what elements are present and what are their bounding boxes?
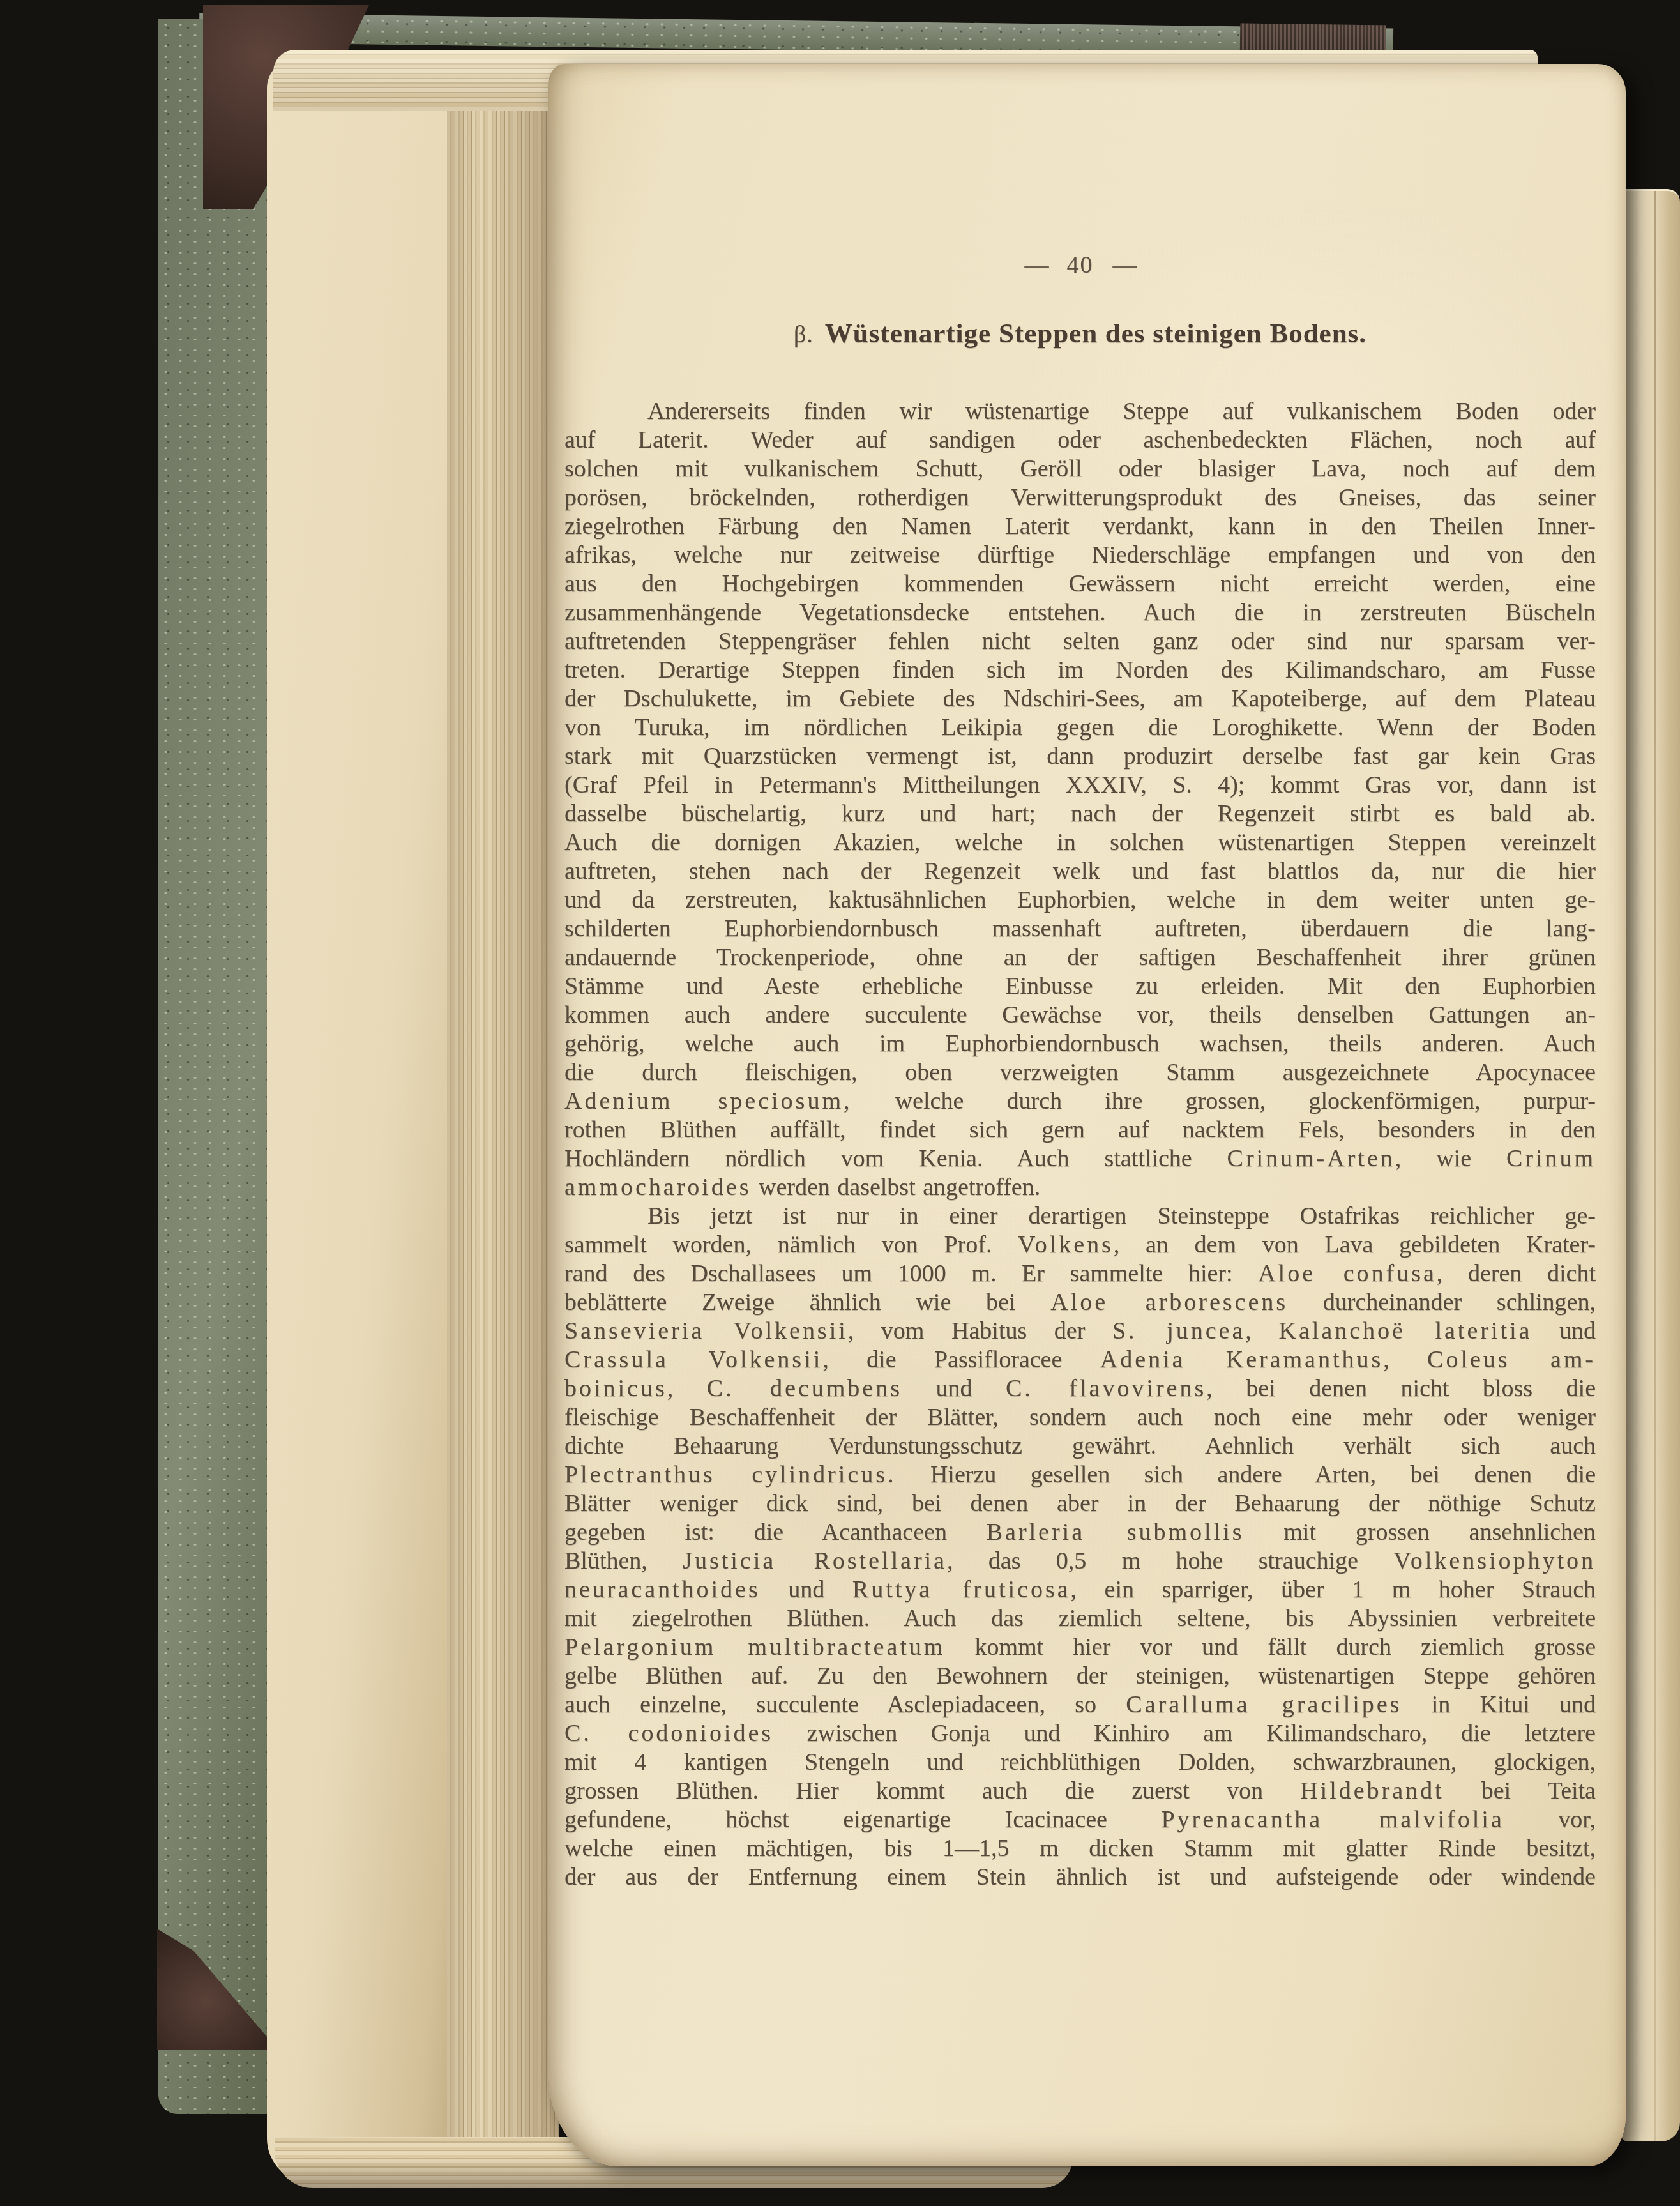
text-line: gegeben ist: die Acanthaceen Barleria su… (564, 1518, 1596, 1547)
text-line: solchen mit vulkanischem Schutt, Geröll … (564, 455, 1596, 483)
photo-background: —40— β.Wüstenartige Steppen des steinige… (0, 0, 1680, 2206)
text-run: auf Laterit. Weder auf sandigen oder asc… (564, 427, 1596, 453)
text-line: Pelargonium multibracteatum kommt hier v… (564, 1633, 1596, 1662)
text-line: porösen, bröckelnden, rotherdigen Verwit… (564, 483, 1596, 512)
text-run: welche durch ihre grossen, glockenförmig… (852, 1088, 1596, 1114)
species-name: C. codonioides (564, 1720, 773, 1747)
text-run: beblätterte Zweige ähnlich wie bei (564, 1289, 1050, 1316)
text-run: werden daselbst angetroffen. (751, 1174, 1040, 1201)
species-name: ammocharoides (564, 1174, 751, 1201)
text-line: treten. Derartige Steppen finden sich im… (564, 656, 1596, 685)
text-run: , an dem von Lava gebildeten Krater- (1114, 1231, 1596, 1258)
text-run: gehörig, welche auch im Euphorbiendornbu… (564, 1030, 1596, 1057)
text-run: und (902, 1375, 1006, 1402)
species-name: Volkens (1018, 1231, 1114, 1258)
text-run: der aus der Entfernung einem Stein ähnli… (564, 1864, 1596, 1890)
species-name: Caralluma gracilipes (1126, 1691, 1402, 1718)
text-line: gehörig, welche auch im Euphorbiendornbu… (564, 1030, 1596, 1058)
section-heading-prefix: β. (794, 321, 814, 348)
text-run: vor, (1504, 1806, 1596, 1833)
page-number-value: 40 (1067, 252, 1094, 278)
text-run: mit ziegelrothen Blüthen. Auch das zieml… (564, 1605, 1596, 1632)
text-run: treten. Derartige Steppen finden sich im… (564, 657, 1596, 683)
text-line: und da zerstreuten, kaktusähnlichen Euph… (564, 886, 1596, 915)
book-page: —40— β.Wüstenartige Steppen des steinige… (548, 64, 1626, 2166)
text-run: gelbe Blüthen auf. Zu den Bewohnern der … (564, 1662, 1596, 1689)
text-line: Sansevieria Volkensii, vom Habitus der S… (564, 1317, 1596, 1346)
species-name: Ruttya fruticosa (852, 1576, 1071, 1603)
text-run: , die Passifloracee (822, 1346, 1100, 1373)
text-run: porösen, bröckelnden, rotherdigen Verwit… (564, 484, 1596, 511)
text-run: aus den Hochgebirgen kommenden Gewässern… (564, 570, 1596, 597)
paragraph: Andererseits finden wir wüstenartige Ste… (564, 397, 1596, 1202)
text-run: Auch die dornigen Akazien, welche in sol… (564, 829, 1596, 856)
species-name: Coleus am- (1427, 1346, 1596, 1373)
text-run: von Turuka, im nördlichen Leikipia gegen… (564, 714, 1596, 741)
text-run: (Graf Pfeil in Petermann's Mittheilungen… (564, 772, 1596, 798)
text-run: auftreten, stehen nach der Regenzeit wel… (564, 858, 1596, 885)
text-run: rand des Dschallasees um 1000 m. Er samm… (564, 1260, 1258, 1287)
text-run: Andererseits finden wir wüstenartige Ste… (647, 398, 1596, 425)
page-number-dash-right: — (1113, 252, 1136, 278)
text-run: , das 0,5 m hohe strauchige (947, 1548, 1393, 1574)
text-run: andauernde Trockenperiode, ohne an der s… (564, 944, 1596, 971)
species-name: Adenium speciosum, (564, 1088, 852, 1114)
text-line: rothen Blüthen auffällt, findet sich ger… (564, 1116, 1596, 1145)
species-name: C. decumbens (707, 1375, 902, 1402)
text-run: und (1532, 1318, 1596, 1344)
species-name: Justicia Rostellaria (683, 1548, 947, 1574)
text-line: zusammenhängende Vegetationsdecke entste… (564, 598, 1596, 627)
text-line: dichte Behaarung Verdunstungsschutz gewä… (564, 1432, 1596, 1461)
species-name: Plectranthus cylindricus. (564, 1461, 896, 1488)
text-run: , (1245, 1318, 1278, 1344)
text-line: ziegelrothen Färbung den Namen Laterit v… (564, 512, 1596, 541)
text-line: boinicus, C. decumbens und C. flavoviren… (564, 1374, 1596, 1403)
text-line: Bis jetzt ist nur in einer derartigen St… (564, 1202, 1596, 1231)
text-run: grossen Blüthen. Hier kommt auch die zue… (564, 1777, 1300, 1804)
species-name: Barleria submollis (987, 1519, 1245, 1546)
text-run: Hochländern nördlich vom Kenia. Auch sta… (564, 1145, 1227, 1172)
text-run: Bis jetzt ist nur in einer derartigen St… (647, 1203, 1596, 1229)
species-name: neuracanthoides (564, 1576, 761, 1603)
text-line: andauernde Trockenperiode, ohne an der s… (564, 943, 1596, 972)
text-line: der Dschulukette, im Gebiete des Ndschir… (564, 685, 1596, 713)
text-line: Hochländern nördlich vom Kenia. Auch sta… (564, 1145, 1596, 1173)
text-line: grossen Blüthen. Hier kommt auch die zue… (564, 1777, 1596, 1806)
page-crease (1654, 191, 1656, 2141)
text-line: C. codonioides zwischen Gonja und Kinhir… (564, 1719, 1596, 1748)
text-run: solchen mit vulkanischem Schutt, Geröll … (564, 455, 1596, 482)
text-line: auftretenden Steppengräser fehlen nicht … (564, 627, 1596, 656)
text-line: kommen auch andere succulente Gewächse v… (564, 1001, 1596, 1030)
section-heading-title: Wüstenartige Steppen des steinigen Boden… (825, 319, 1366, 349)
text-run: , deren dicht (1437, 1260, 1596, 1287)
species-name: Adenia Keramanthus (1100, 1346, 1384, 1373)
species-name: Volkensiophyton (1393, 1548, 1596, 1574)
text-line: schilderten Euphorbiendornbusch massenha… (564, 915, 1596, 943)
species-name: Kalanchoë lateritia (1278, 1318, 1532, 1344)
body-text: Andererseits finden wir wüstenartige Ste… (564, 397, 1596, 1892)
facing-page-edge (1621, 189, 1680, 2141)
text-run: , bei denen nicht bloss die (1206, 1375, 1596, 1402)
text-line: neuracanthoides und Ruttya fruticosa, ei… (564, 1576, 1596, 1604)
text-line: Andererseits finden wir wüstenartige Ste… (564, 397, 1596, 426)
text-line: fleischige Beschaffenheit der Blätter, s… (564, 1403, 1596, 1432)
text-line: Crassula Volkensii, die Passifloracee Ad… (564, 1346, 1596, 1374)
text-run: die durch fleischigen, oben verzweigten … (564, 1059, 1596, 1086)
text-line: Adenium speciosum, welche durch ihre gro… (564, 1087, 1596, 1116)
text-line: (Graf Pfeil in Petermann's Mittheilungen… (564, 771, 1596, 800)
species-name: Sansevieria Volkensii (564, 1318, 848, 1344)
text-run: und da zerstreuten, kaktusähnlichen Euph… (564, 886, 1596, 913)
text-run: mit grossen ansehnlichen (1245, 1519, 1596, 1546)
text-run: fleischige Beschaffenheit der Blätter, s… (564, 1404, 1596, 1431)
text-line: Blüthen, Justicia Rostellaria, das 0,5 m… (564, 1547, 1596, 1576)
text-run: durcheinander schlingen, (1288, 1289, 1596, 1316)
species-name: C. flavovirens (1006, 1375, 1206, 1402)
text-line: mit 4 kantigen Stengeln und reichblüthig… (564, 1748, 1596, 1777)
text-line: Auch die dornigen Akazien, welche in sol… (564, 828, 1596, 857)
text-run: afrikas, welche nur zeitweise dürftige N… (564, 542, 1596, 568)
text-run: Stämme und Aeste erhebliche Einbusse zu … (564, 973, 1596, 1000)
text-run: mit 4 kantigen Stengeln und reichblüthig… (564, 1749, 1596, 1776)
text-line: die durch fleischigen, oben verzweigten … (564, 1058, 1596, 1087)
text-run: schilderten Euphorbiendornbusch massenha… (564, 915, 1596, 942)
text-line: auch einzelne, succulente Asclepiadaceen… (564, 1691, 1596, 1719)
text-line: sammelt worden, nämlich von Prof. Volken… (564, 1231, 1596, 1259)
underlying-page-edge (267, 59, 458, 2183)
text-line: ammocharoides werden daselbst angetroffe… (564, 1173, 1596, 1202)
text-run: ziegelrothen Färbung den Namen Laterit v… (564, 513, 1596, 540)
species-name: Pyrenacantha malvifolia (1162, 1806, 1504, 1833)
text-line: rand des Dschallasees um 1000 m. Er samm… (564, 1259, 1596, 1288)
species-name: Crinum-Arten (1227, 1145, 1395, 1172)
species-name: Crinum (1506, 1145, 1596, 1172)
text-line: Plectranthus cylindricus. Hierzu geselle… (564, 1461, 1596, 1489)
text-line: von Turuka, im nördlichen Leikipia gegen… (564, 713, 1596, 742)
species-name: Aloe arborescens (1050, 1289, 1288, 1316)
species-name: Aloe confusa (1258, 1260, 1437, 1287)
paragraph: Bis jetzt ist nur in einer derartigen St… (564, 1202, 1596, 1892)
text-line: beblätterte Zweige ähnlich wie bei Aloe … (564, 1288, 1596, 1317)
text-run: Blätter weniger dick sind, bei denen abe… (564, 1490, 1596, 1517)
text-run: , ein sparriger, über 1 m hoher Strauch (1071, 1576, 1596, 1603)
text-run: gegeben ist: die Acanthaceen (564, 1519, 987, 1546)
text-run: welche einen mächtigen, bis 1—1,5 m dick… (564, 1835, 1596, 1862)
text-run: sammelt worden, nämlich von Prof. (564, 1231, 1018, 1258)
section-heading: β.Wüstenartige Steppen des steinigen Bod… (564, 318, 1596, 351)
text-line: aus den Hochgebirgen kommenden Gewässern… (564, 570, 1596, 598)
text-line: gelbe Blüthen auf. Zu den Bewohnern der … (564, 1662, 1596, 1691)
text-line: welche einen mächtigen, bis 1—1,5 m dick… (564, 1834, 1596, 1863)
text-run: dasselbe büschelartig, kurz und hart; na… (564, 800, 1596, 827)
text-run: , (667, 1375, 707, 1402)
text-line: auftreten, stehen nach der Regenzeit wel… (564, 857, 1596, 886)
page-number: —40— (564, 250, 1596, 280)
text-line: mit ziegelrothen Blüthen. Auch das zieml… (564, 1604, 1596, 1633)
text-line: afrikas, welche nur zeitweise dürftige N… (564, 541, 1596, 570)
text-run: dichte Behaarung Verdunstungsschutz gewä… (564, 1433, 1596, 1459)
text-run: und (761, 1576, 852, 1603)
text-run: rothen Blüthen auffällt, findet sich ger… (564, 1116, 1596, 1143)
species-name: Hildebrandt (1300, 1777, 1444, 1804)
text-run: , wie (1395, 1145, 1506, 1172)
text-run: der Dschulukette, im Gebiete des Ndschir… (564, 685, 1596, 712)
text-line: auf Laterit. Weder auf sandigen oder asc… (564, 426, 1596, 455)
text-run: Blüthen, (564, 1548, 683, 1574)
text-line: stark mit Quarzstücken vermengt ist, dan… (564, 742, 1596, 771)
species-name: boinicus (564, 1375, 667, 1402)
text-run: bei Teita (1444, 1777, 1596, 1804)
text-line: gefundene, höchst eigenartige Icacinacee… (564, 1806, 1596, 1834)
text-run: , vom Habitus der (848, 1318, 1112, 1344)
text-run: kommen auch andere succulente Gewächse v… (564, 1001, 1596, 1028)
page-text-block: —40— β.Wüstenartige Steppen des steinige… (564, 64, 1596, 2166)
text-run: auch einzelne, succulente Asclepiadaceen… (564, 1691, 1126, 1718)
text-run: auftretenden Steppengräser fehlen nicht … (564, 628, 1596, 655)
species-name: S. juncea (1112, 1318, 1245, 1344)
text-run: , (1383, 1346, 1427, 1373)
text-line: Stämme und Aeste erhebliche Einbusse zu … (564, 972, 1596, 1001)
text-run: zwischen Gonja und Kinhiro am Kilimandsc… (773, 1720, 1596, 1747)
text-line: Blätter weniger dick sind, bei denen abe… (564, 1489, 1596, 1518)
text-run: kommt hier vor und fällt durch ziemlich … (945, 1634, 1596, 1661)
text-line: der aus der Entfernung einem Stein ähnli… (564, 1863, 1596, 1892)
species-name: Pelargonium multibracteatum (564, 1634, 945, 1661)
page-number-dash-left: — (1025, 252, 1048, 278)
species-name: Crassula Volkensii (564, 1346, 822, 1373)
text-line: dasselbe büschelartig, kurz und hart; na… (564, 800, 1596, 828)
text-run: in Kitui und (1402, 1691, 1596, 1718)
page-stack-left-edges (447, 82, 559, 2178)
text-run: gefundene, höchst eigenartige Icacinacee (564, 1806, 1162, 1833)
text-run: stark mit Quarzstücken vermengt ist, dan… (564, 743, 1596, 770)
text-run: zusammenhängende Vegetationsdecke entste… (564, 599, 1596, 626)
text-run: Hierzu gesellen sich andere Arten, bei d… (896, 1461, 1596, 1488)
